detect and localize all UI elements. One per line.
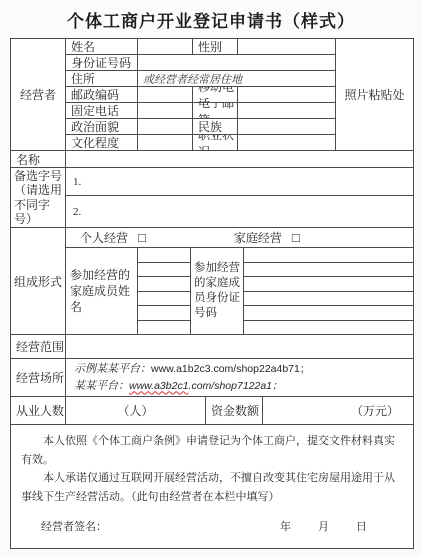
business-scope-row: 经营范围: [11, 335, 414, 359]
declaration-paragraph-1: 本人依照《个体工商户条例》申请登记为个体工商户，提交文件材料真实有效。: [21, 432, 403, 469]
member-id-row-3[interactable]: [244, 277, 414, 292]
landline-label: 固定电话: [66, 103, 138, 119]
member-id-row-4[interactable]: [244, 292, 414, 307]
postal-code-value-cell[interactable]: [138, 87, 193, 103]
declaration-paragraph-2: 本人承诺仅通过互联网开展经营活动，不擅自改变其住宅房屋用途用于从事线下生产经营活…: [21, 469, 403, 506]
political-status-value-cell[interactable]: [138, 119, 193, 135]
operator-row-label: 经营者: [11, 39, 66, 151]
capital-amount-label: 资金数额: [206, 397, 263, 425]
postal-code-label: 邮政编码: [66, 87, 138, 103]
staff-count-value-cell[interactable]: （人）: [66, 397, 206, 425]
name-value-cell[interactable]: [138, 39, 193, 55]
family-operation-checkbox[interactable]: □: [292, 231, 300, 244]
member-name-row-3[interactable]: [138, 277, 191, 292]
business-name-label: 名称: [11, 151, 66, 168]
composition-section: 组成形式 个人经营 □ 家庭经营 □ 参加经营的家庭成员姓名 参加经营的家庭成员…: [11, 228, 414, 335]
form-title: 个体工商户开业登记申请书（样式）: [0, 0, 422, 32]
declaration-cell: 本人依照《个体工商户条例》申请登记为个体工商户，提交文件材料真实有效。 本人承诺…: [11, 425, 414, 549]
premises-line-2: 某某平台：www.a3b2c1.com/shop7122a1；: [74, 378, 283, 395]
individual-operation-checkbox[interactable]: □: [138, 231, 146, 244]
operator-signature-label[interactable]: 经营者签名：: [41, 518, 107, 534]
date-fields[interactable]: 年月日: [253, 518, 367, 534]
business-name-value-cell[interactable]: [66, 151, 414, 168]
occupation-value-cell[interactable]: [238, 135, 336, 151]
application-form-table: 经营者 姓名 性别 身份证号码 住所 或经营者经常居住地 邮政编码 移动电话: [10, 38, 414, 549]
political-status-label: 政治面貌: [66, 119, 138, 135]
gender-label: 性别: [193, 39, 238, 55]
year-label: 年: [280, 518, 291, 534]
declaration-section: 本人依照《个体工商户条例》申请登记为个体工商户，提交文件材料真实有效。 本人承诺…: [11, 425, 414, 549]
name-label: 姓名: [66, 39, 138, 55]
premises-line2-url-rest: .com/shop7122a1；: [189, 380, 283, 392]
member-ids-label: 参加经营的家庭成员身份证号码: [191, 248, 244, 335]
capital-amount-value-cell[interactable]: （万元）: [263, 397, 414, 425]
alt-name-row-2[interactable]: 2.: [66, 196, 414, 228]
business-scope-value-cell[interactable]: [66, 335, 414, 359]
id-number-label: 身份证号码: [66, 55, 138, 71]
staff-count-label: 从业人数: [11, 397, 66, 425]
email-label: 电子邮箱: [193, 103, 238, 119]
landline-value-cell[interactable]: [138, 103, 193, 119]
premises-line1-url: www.a1b2c3.com/shop22a4b71；: [151, 363, 310, 375]
id-number-value-cell[interactable]: [138, 55, 336, 71]
member-names-rows: [138, 248, 191, 335]
mobile-value-cell[interactable]: [238, 87, 336, 103]
premises-line-1: 示例某某平台：www.a1b2c3.com/shop22a4b71；: [74, 361, 310, 378]
premises-line2-prefix: 某某平台：: [74, 380, 129, 392]
education-value-cell[interactable]: [138, 135, 193, 151]
family-operation-label: 家庭经营: [234, 229, 282, 246]
staff-capital-row: 从业人数 （人） 资金数额 （万元）: [11, 397, 414, 425]
member-id-row-5[interactable]: [244, 306, 414, 321]
residence-label: 住所: [66, 71, 138, 87]
premises-line1-prefix: 示例某某平台：: [74, 363, 151, 375]
photo-paste-area[interactable]: 照片粘贴处: [336, 39, 414, 151]
composition-row-label: 组成形式: [11, 228, 66, 335]
member-id-row-2[interactable]: [244, 263, 414, 278]
composition-choice-row: 个人经营 □ 家庭经营 □: [66, 228, 414, 248]
member-name-row-1[interactable]: [138, 248, 191, 263]
premises-line2-url-wavy: www.a3b2c1: [129, 380, 189, 392]
business-scope-label: 经营范围: [11, 335, 66, 359]
mobile-label: 移动电话: [193, 87, 238, 103]
individual-operation-label: 个人经营: [80, 229, 128, 246]
gender-value-cell[interactable]: [238, 39, 336, 55]
alt-names-label: 备选字号（请选用不同字号）: [11, 168, 66, 228]
occupation-label: 职业状况: [193, 135, 238, 151]
member-names-label: 参加经营的家庭成员姓名: [66, 248, 138, 335]
member-ids-rows: [244, 248, 414, 335]
member-name-row-6[interactable]: [138, 321, 191, 336]
education-label: 文化程度: [66, 135, 138, 151]
day-label: 日: [356, 518, 367, 534]
member-name-row-4[interactable]: [138, 292, 191, 307]
alt-name-row-1[interactable]: 1.: [66, 168, 414, 196]
ethnicity-label: 民族: [193, 119, 238, 135]
business-premises-row: 经营场所 示例某某平台：www.a1b2c3.com/shop22a4b71； …: [11, 359, 414, 397]
operator-section: 经营者 姓名 性别 身份证号码 住所 或经营者经常居住地 邮政编码 移动电话: [11, 39, 414, 151]
member-name-row-5[interactable]: [138, 306, 191, 321]
email-value-cell[interactable]: [238, 103, 336, 119]
business-premises-label: 经营场所: [11, 359, 66, 397]
member-id-row-6[interactable]: [244, 321, 414, 336]
business-name-row: 名称: [11, 151, 414, 168]
member-id-row-1[interactable]: [244, 248, 414, 263]
residence-note[interactable]: 或经营者经常居住地: [138, 71, 336, 87]
member-name-row-2[interactable]: [138, 263, 191, 278]
signature-row: 经营者签名： 年月日: [21, 518, 403, 538]
alt-names-section: 备选字号（请选用不同字号） 1. 2.: [11, 168, 414, 228]
ethnicity-value-cell[interactable]: [238, 119, 336, 135]
business-premises-value-cell[interactable]: 示例某某平台：www.a1b2c3.com/shop22a4b71； 某某平台：…: [66, 359, 414, 397]
month-label: 月: [318, 518, 329, 534]
